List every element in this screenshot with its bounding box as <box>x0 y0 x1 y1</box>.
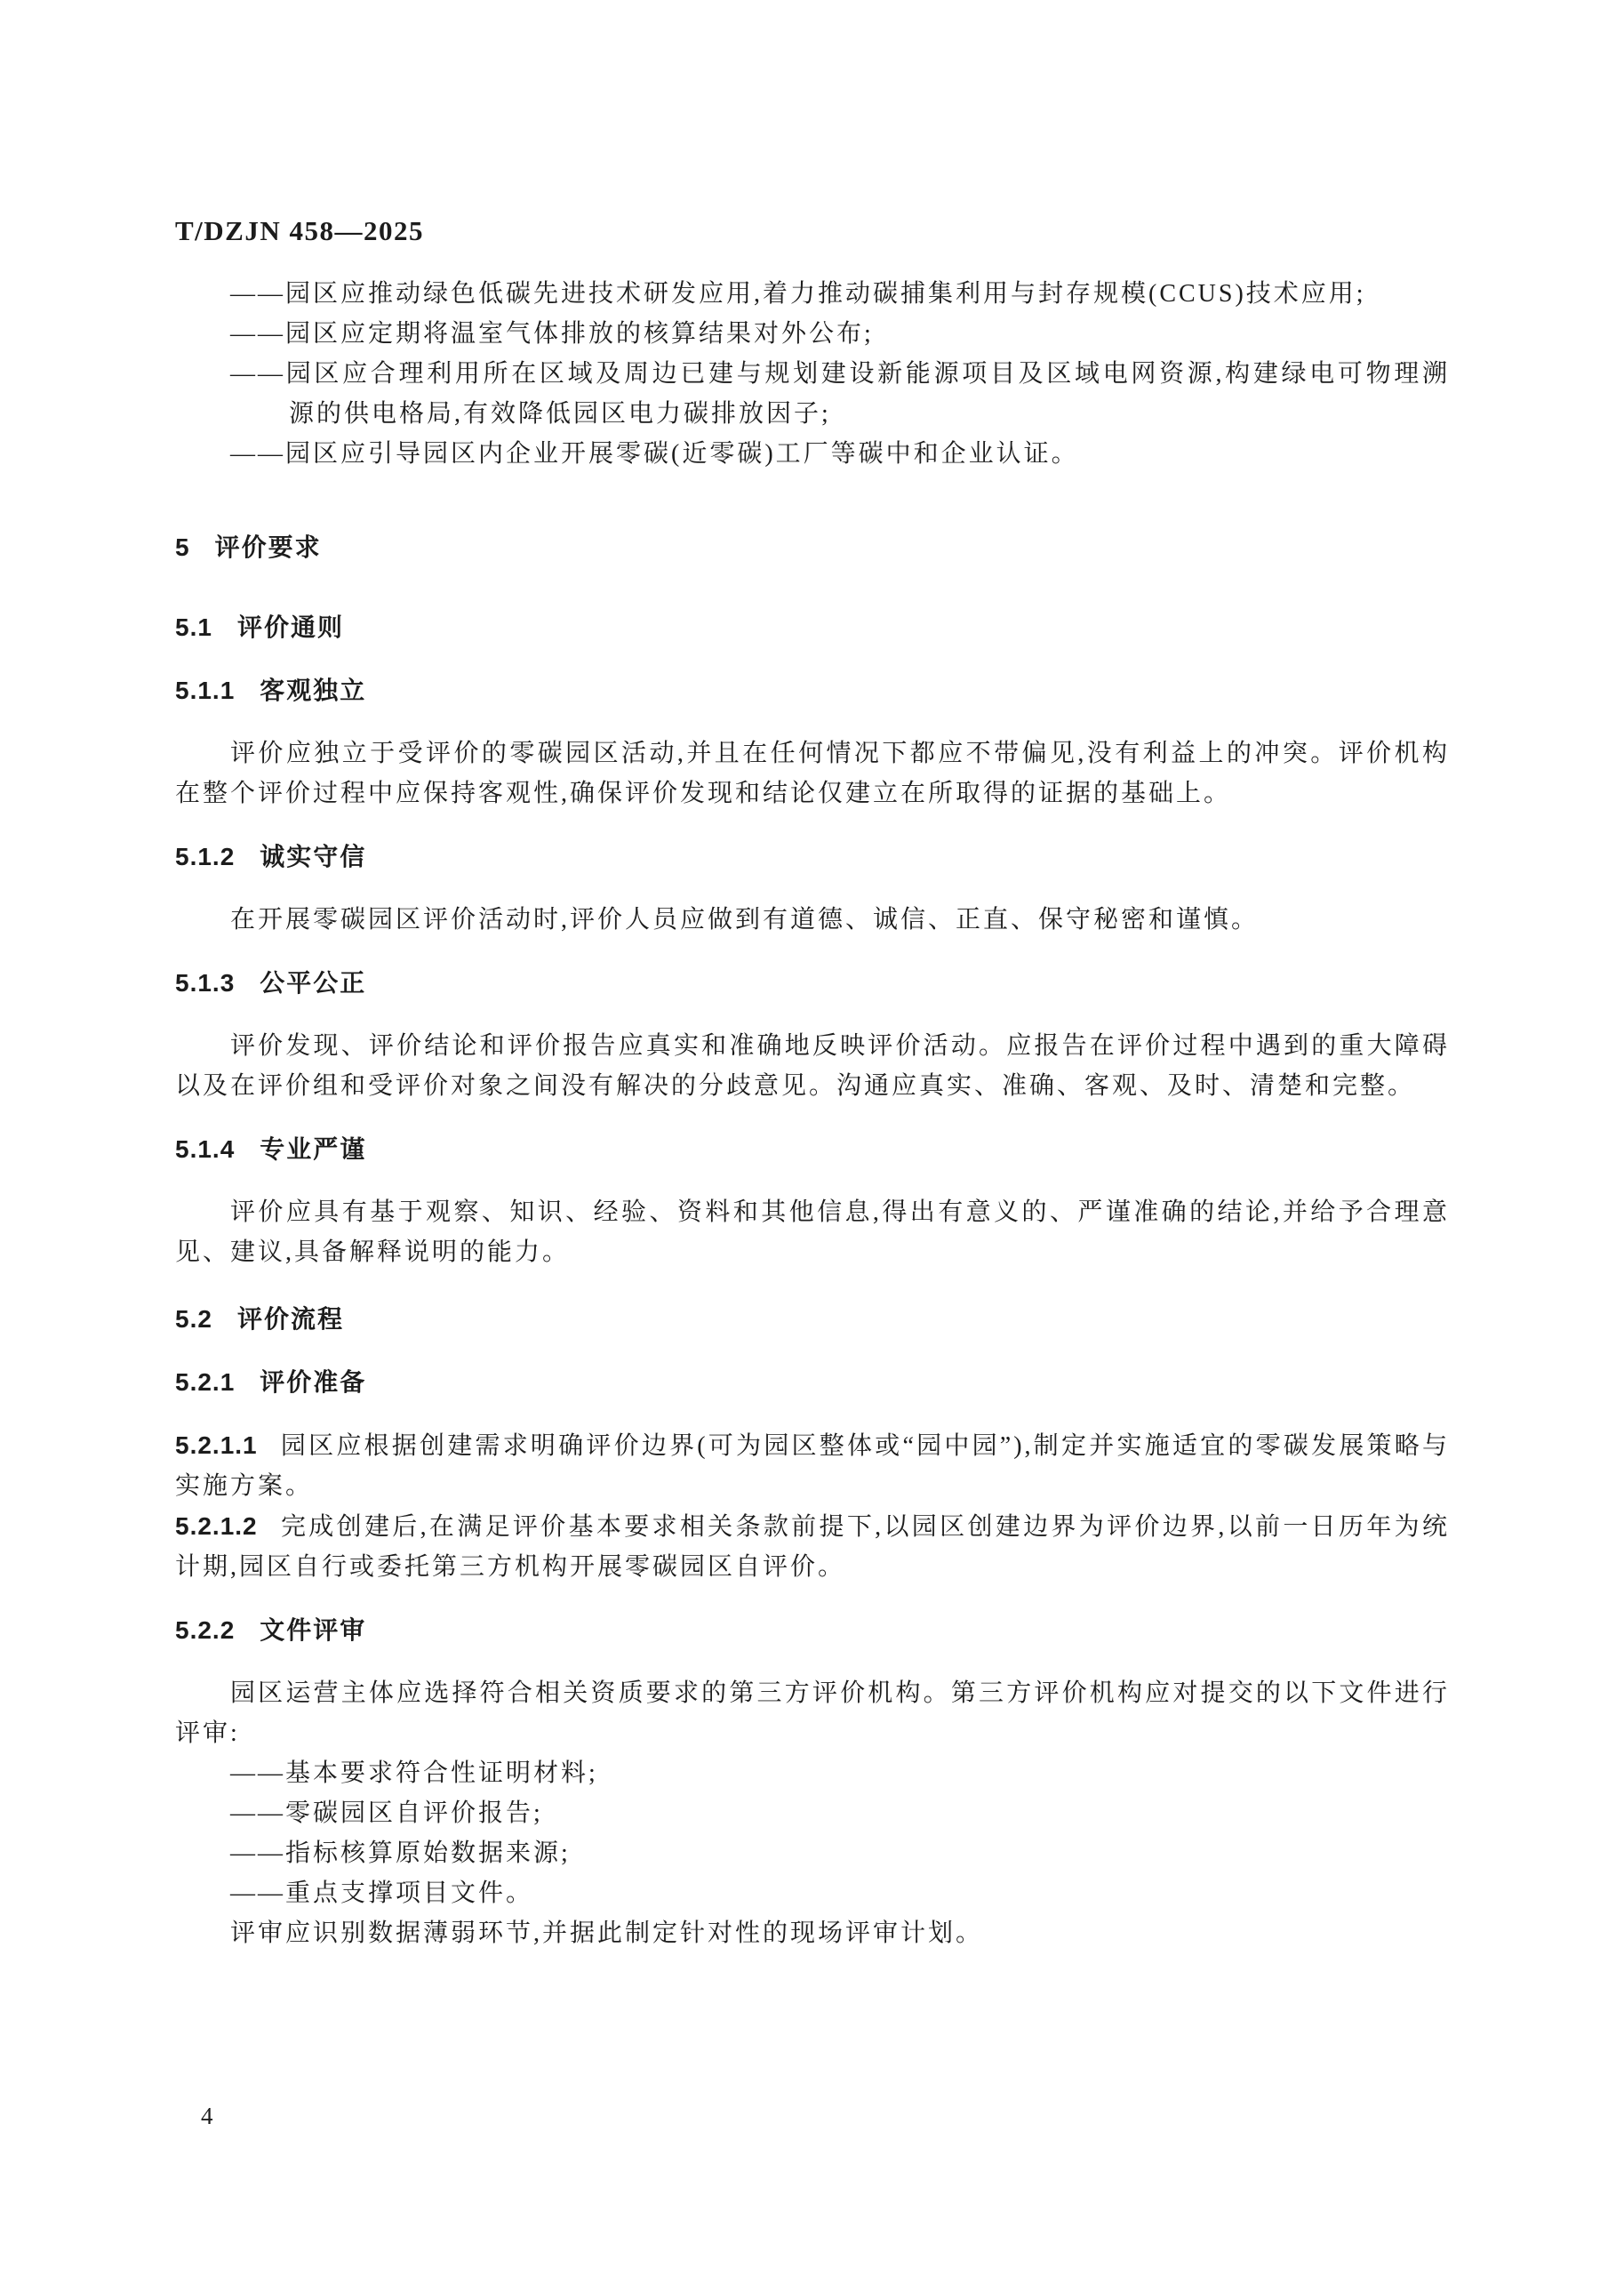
dash-list-item: ——园区应推动绿色低碳先进技术研发应用,着力推动碳捕集利用与封存规模(CCUS)… <box>175 274 1450 314</box>
paragraph-5-1-3: 评价发现、评价结论和评价报告应真实和准确地反映评价活动。应报告在评价过程中遇到的… <box>175 1026 1450 1106</box>
heading-title: 评价流程 <box>237 1305 344 1333</box>
dash-list-item: ——园区应引导园区内企业开展零碳(近零碳)工厂等碳中和企业认证。 <box>175 434 1450 474</box>
heading-number: 5 <box>175 533 190 561</box>
heading-5-2: 5.2评价流程 <box>175 1299 1450 1339</box>
heading-number: 5.1.4 <box>175 1135 235 1163</box>
heading-number: 5.2.2 <box>175 1616 235 1644</box>
dash-list-item: ——指标核算原始数据来源; <box>175 1833 1450 1873</box>
heading-5: 5评价要求 <box>175 527 1450 567</box>
heading-title: 专业严谨 <box>260 1135 366 1163</box>
heading-number: 5.1.3 <box>175 969 235 997</box>
paragraph-5-1-4: 评价应具有基于观察、知识、经验、资料和其他信息,得出有意义的、严谨准确的结论,并… <box>175 1192 1450 1272</box>
heading-number: 5.2.1 <box>175 1368 235 1396</box>
clause-text: 园区应根据创建需求明确评价边界(可为园区整体或“园中园”),制定并实施适宜的零碳… <box>175 1432 1450 1500</box>
heading-title: 客观独立 <box>260 677 366 704</box>
heading-5-1-1: 5.1.1客观独立 <box>175 670 1450 710</box>
paragraph-5-1-1: 评价应独立于受评价的零碳园区活动,并且在任何情况下都应不带偏见,没有利益上的冲突… <box>175 733 1450 813</box>
heading-title: 评价准备 <box>260 1368 366 1396</box>
heading-title: 文件评审 <box>260 1616 366 1644</box>
page-number: 4 <box>201 2100 213 2132</box>
document-content: T/DZJN 458—2025 ——园区应推动绿色低碳先进技术研发应用,着力推动… <box>175 215 1450 1953</box>
heading-number: 5.1.2 <box>175 843 235 870</box>
dash-list-item: ——基本要求符合性证明材料; <box>175 1753 1450 1793</box>
heading-title: 诚实守信 <box>260 843 366 870</box>
document-page: T/DZJN 458—2025 ——园区应推动绿色低碳先进技术研发应用,着力推动… <box>0 0 1624 2276</box>
clause-5-2-1-1: 5.2.1.1园区应根据创建需求明确评价边界(可为园区整体或“园中园”),制定并… <box>175 1425 1450 1506</box>
heading-5-1: 5.1评价通则 <box>175 607 1450 647</box>
heading-title: 评价通则 <box>237 613 344 641</box>
dash-list-item: ——重点支撑项目文件。 <box>175 1873 1450 1913</box>
dash-list-item: ——零碳园区自评价报告; <box>175 1793 1450 1833</box>
heading-5-2-1: 5.2.1评价准备 <box>175 1362 1450 1402</box>
heading-title: 评价要求 <box>215 533 322 561</box>
paragraph-5-1-2: 在开展零碳园区评价活动时,评价人员应做到有道德、诚信、正直、保守秘密和谨慎。 <box>175 900 1450 940</box>
intro-dash-list: ——园区应推动绿色低碳先进技术研发应用,着力推动碳捕集利用与封存规模(CCUS)… <box>175 274 1450 474</box>
dash-list-item: ——园区应合理利用所在区域及周边已建与规划建设新能源项目及区域电网资源,构建绿电… <box>175 354 1450 434</box>
clause-text: 完成创建后,在满足评价基本要求相关条款前提下,以园区创建边界为评价边界,以前一日… <box>175 1513 1450 1581</box>
heading-title: 公平公正 <box>260 969 366 997</box>
heading-5-2-2: 5.2.2文件评审 <box>175 1610 1450 1650</box>
standard-number: T/DZJN 458—2025 <box>175 215 1450 247</box>
paragraph-5-2-2: 园区运营主体应选择符合相关资质要求的第三方评价机构。第三方评价机构应对提交的以下… <box>175 1673 1450 1753</box>
heading-number: 5.1.1 <box>175 677 235 704</box>
heading-number: 5.2 <box>175 1305 212 1333</box>
heading-5-1-2: 5.1.2诚实守信 <box>175 837 1450 877</box>
clause-number: 5.2.1.2 <box>175 1512 258 1540</box>
review-dash-list: ——基本要求符合性证明材料; ——零碳园区自评价报告; ——指标核算原始数据来源… <box>175 1753 1450 1913</box>
dash-list-item: ——园区应定期将温室气体排放的核算结果对外公布; <box>175 314 1450 354</box>
paragraph-5-2-2-end: 评审应识别数据薄弱环节,并据此制定针对性的现场评审计划。 <box>175 1913 1450 1953</box>
clause-5-2-1-2: 5.2.1.2完成创建后,在满足评价基本要求相关条款前提下,以园区创建边界为评价… <box>175 1506 1450 1587</box>
heading-number: 5.1 <box>175 613 212 641</box>
heading-5-1-4: 5.1.4专业严谨 <box>175 1129 1450 1169</box>
clause-number: 5.2.1.1 <box>175 1431 258 1459</box>
heading-5-1-3: 5.1.3公平公正 <box>175 963 1450 1003</box>
